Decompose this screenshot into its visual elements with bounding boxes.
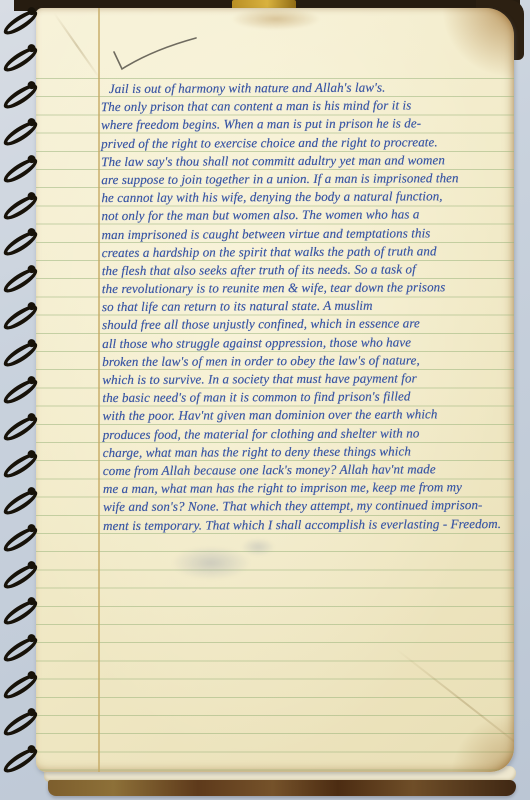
handwritten-line: where freedom begins. When a man is put … <box>101 114 507 134</box>
handwritten-line: prived of the right to exercise choice a… <box>101 133 507 153</box>
handwritten-line: ment is temporary. That which I shall ac… <box>103 514 509 534</box>
spiral-coil <box>1 302 41 334</box>
handwritten-line: Jail is out of harmony with nature and A… <box>101 78 507 98</box>
handwritten-line: not only for the man but women also. The… <box>101 205 507 225</box>
spiral-coil <box>1 43 41 75</box>
handwritten-line: The law say's thou shall not committ adu… <box>101 151 507 171</box>
notebook-page: Jail is out of harmony with nature and A… <box>36 8 514 772</box>
spiral-coil <box>1 375 41 407</box>
handwritten-line: wife and son's? None. That which they at… <box>103 496 509 516</box>
spiral-coil <box>1 560 41 592</box>
spiral-coil <box>1 191 41 223</box>
handwritten-line: so that life can return to its natural s… <box>102 296 508 316</box>
spiral-coil <box>1 597 41 629</box>
paper-stain <box>231 8 321 30</box>
spiral-coil <box>1 486 41 518</box>
handwritten-line: he cannot lay with his wife, denying the… <box>101 187 507 207</box>
spiral-coil <box>1 744 41 776</box>
spiral-coil <box>1 154 41 186</box>
handwritten-line: all those who struggle against oppressio… <box>102 333 508 353</box>
handwritten-line: me a man, what man has the right to impr… <box>103 478 509 498</box>
spiral-binding <box>0 0 64 800</box>
spiral-coil <box>1 6 41 38</box>
spiral-coil <box>1 80 41 112</box>
notebook-cover-bottom-edge <box>48 780 516 796</box>
spiral-coil <box>1 117 41 149</box>
handwritten-line: man imprisoned is caught between virtue … <box>102 223 508 243</box>
spiral-coil <box>1 634 41 666</box>
spiral-coil <box>1 523 41 555</box>
scan-background: Jail is out of harmony with nature and A… <box>0 0 530 800</box>
handwritten-text-block: Jail is out of harmony with nature and A… <box>101 78 509 535</box>
handwritten-line: produces food, the material for clothing… <box>103 423 509 443</box>
spiral-coil <box>1 412 41 444</box>
handwritten-line: which is to survive. In a society that m… <box>102 369 508 389</box>
ink-smudge <box>171 546 251 580</box>
spiral-coil <box>1 339 41 371</box>
spiral-coil <box>1 671 41 703</box>
handwritten-line: come from Allah because one lack's money… <box>103 460 509 480</box>
handwritten-line: broken the law's of men in order to obey… <box>102 351 508 371</box>
handwritten-line: the basic need's of man it is common to … <box>102 387 508 407</box>
spiral-coil <box>1 708 41 740</box>
handwritten-line: creates a hardship on the spirit that wa… <box>102 242 508 262</box>
handwritten-line: with the poor. Hav'nt given man dominion… <box>103 405 509 425</box>
handwritten-line: The only prison that can content a man i… <box>101 96 507 116</box>
margin-line <box>98 8 100 772</box>
handwritten-line: are suppose to join together in a union.… <box>101 169 507 189</box>
handwritten-line: the flesh that also seeks after truth of… <box>102 260 508 280</box>
spiral-coil <box>1 265 41 297</box>
handwritten-line: the revolutionary is to reunite men & wi… <box>102 278 508 298</box>
handwritten-line: should free all those unjustly confined,… <box>102 314 508 334</box>
ink-smudge <box>241 538 275 556</box>
spiral-coil <box>1 449 41 481</box>
handwritten-line: charge, what man has the right to deny t… <box>103 442 509 462</box>
spiral-coil <box>1 228 41 260</box>
pencil-checkmark-icon <box>108 34 204 82</box>
page-corner-wear <box>434 8 514 88</box>
